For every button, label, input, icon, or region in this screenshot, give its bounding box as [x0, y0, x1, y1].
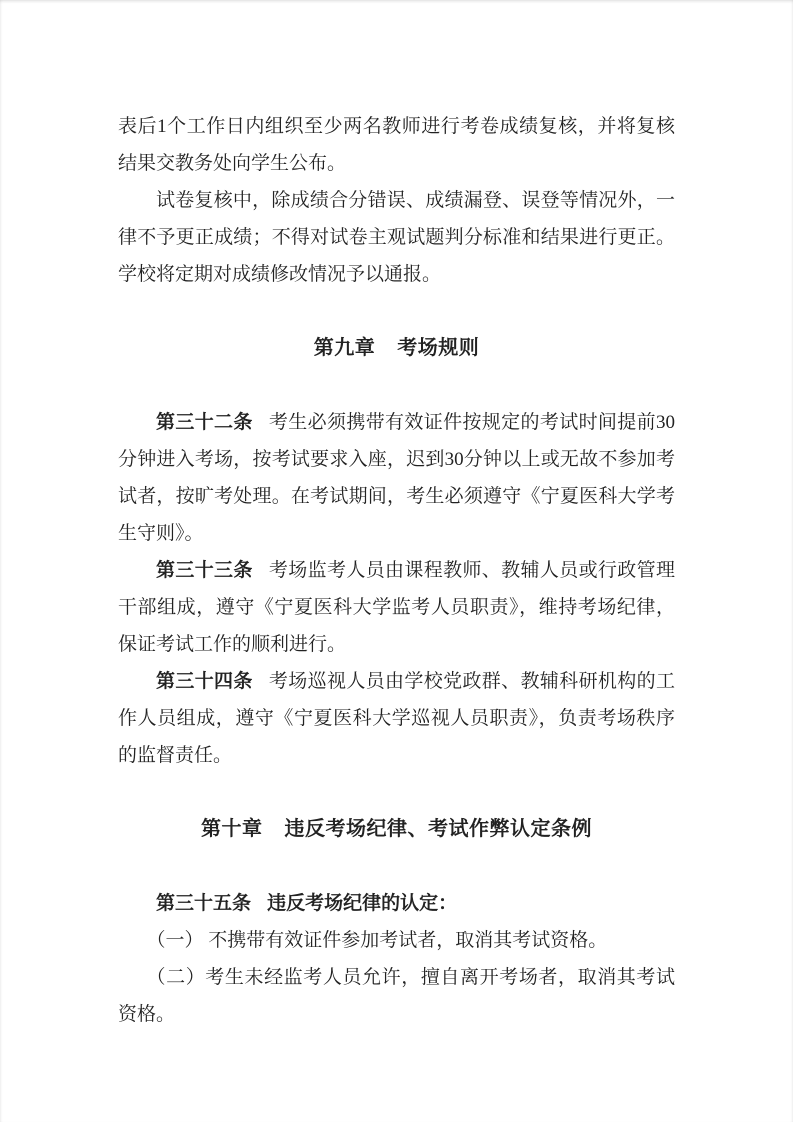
paragraph-score-correction-policy: 试卷复核中，除成绩合分错误、成绩漏登、误登等情况外，一律不予更正成绩；不得对试卷… [118, 182, 675, 293]
article-35-heading: 第三十五条违反考场纪律的认定： [118, 885, 675, 922]
document-page: 表后1个工作日内组织至少两名教师进行考卷成绩复核，并将复核结果交教务处向学生公布… [0, 0, 793, 1122]
article-32-number: 第三十二条 [156, 412, 253, 433]
chapter-9-number: 第九章 [314, 337, 376, 359]
list-item-2: （二）考生未经监考人员允许，擅自离开考场者，取消其考试资格。 [118, 959, 675, 1033]
article-34-number: 第三十四条 [156, 671, 253, 692]
article-32: 第三十二条考生必须携带有效证件按规定的考试时间提前30分钟进入考场，按考试要求入… [118, 404, 675, 552]
chapter-10-title: 违反考场纪律、考试作弊认定条例 [285, 818, 593, 840]
chapter-10-number: 第十章 [201, 818, 263, 840]
chapter-9-heading: 第九章考场规则 [118, 330, 675, 367]
paragraph-score-review-continuation: 表后1个工作日内组织至少两名教师进行考卷成绩复核，并将复核结果交教务处向学生公布… [118, 108, 675, 182]
list-item-1: （一） 不携带有效证件参加考试者，取消其考试资格。 [118, 922, 675, 959]
article-33-number: 第三十三条 [156, 560, 253, 581]
chapter-9-title: 考场规则 [397, 337, 479, 359]
article-35-number: 第三十五条 [156, 893, 251, 914]
article-34: 第三十四条考场巡视人员由学校党政群、教辅科研机构的工作人员组成，遵守《宁夏医科大… [118, 663, 675, 774]
article-33: 第三十三条考场监考人员由课程教师、教辅人员或行政管理干部组成，遵守《宁夏医科大学… [118, 552, 675, 663]
article-35-title: 违反考场纪律的认定： [267, 893, 457, 914]
chapter-10-heading: 第十章违反考场纪律、考试作弊认定条例 [118, 811, 675, 848]
